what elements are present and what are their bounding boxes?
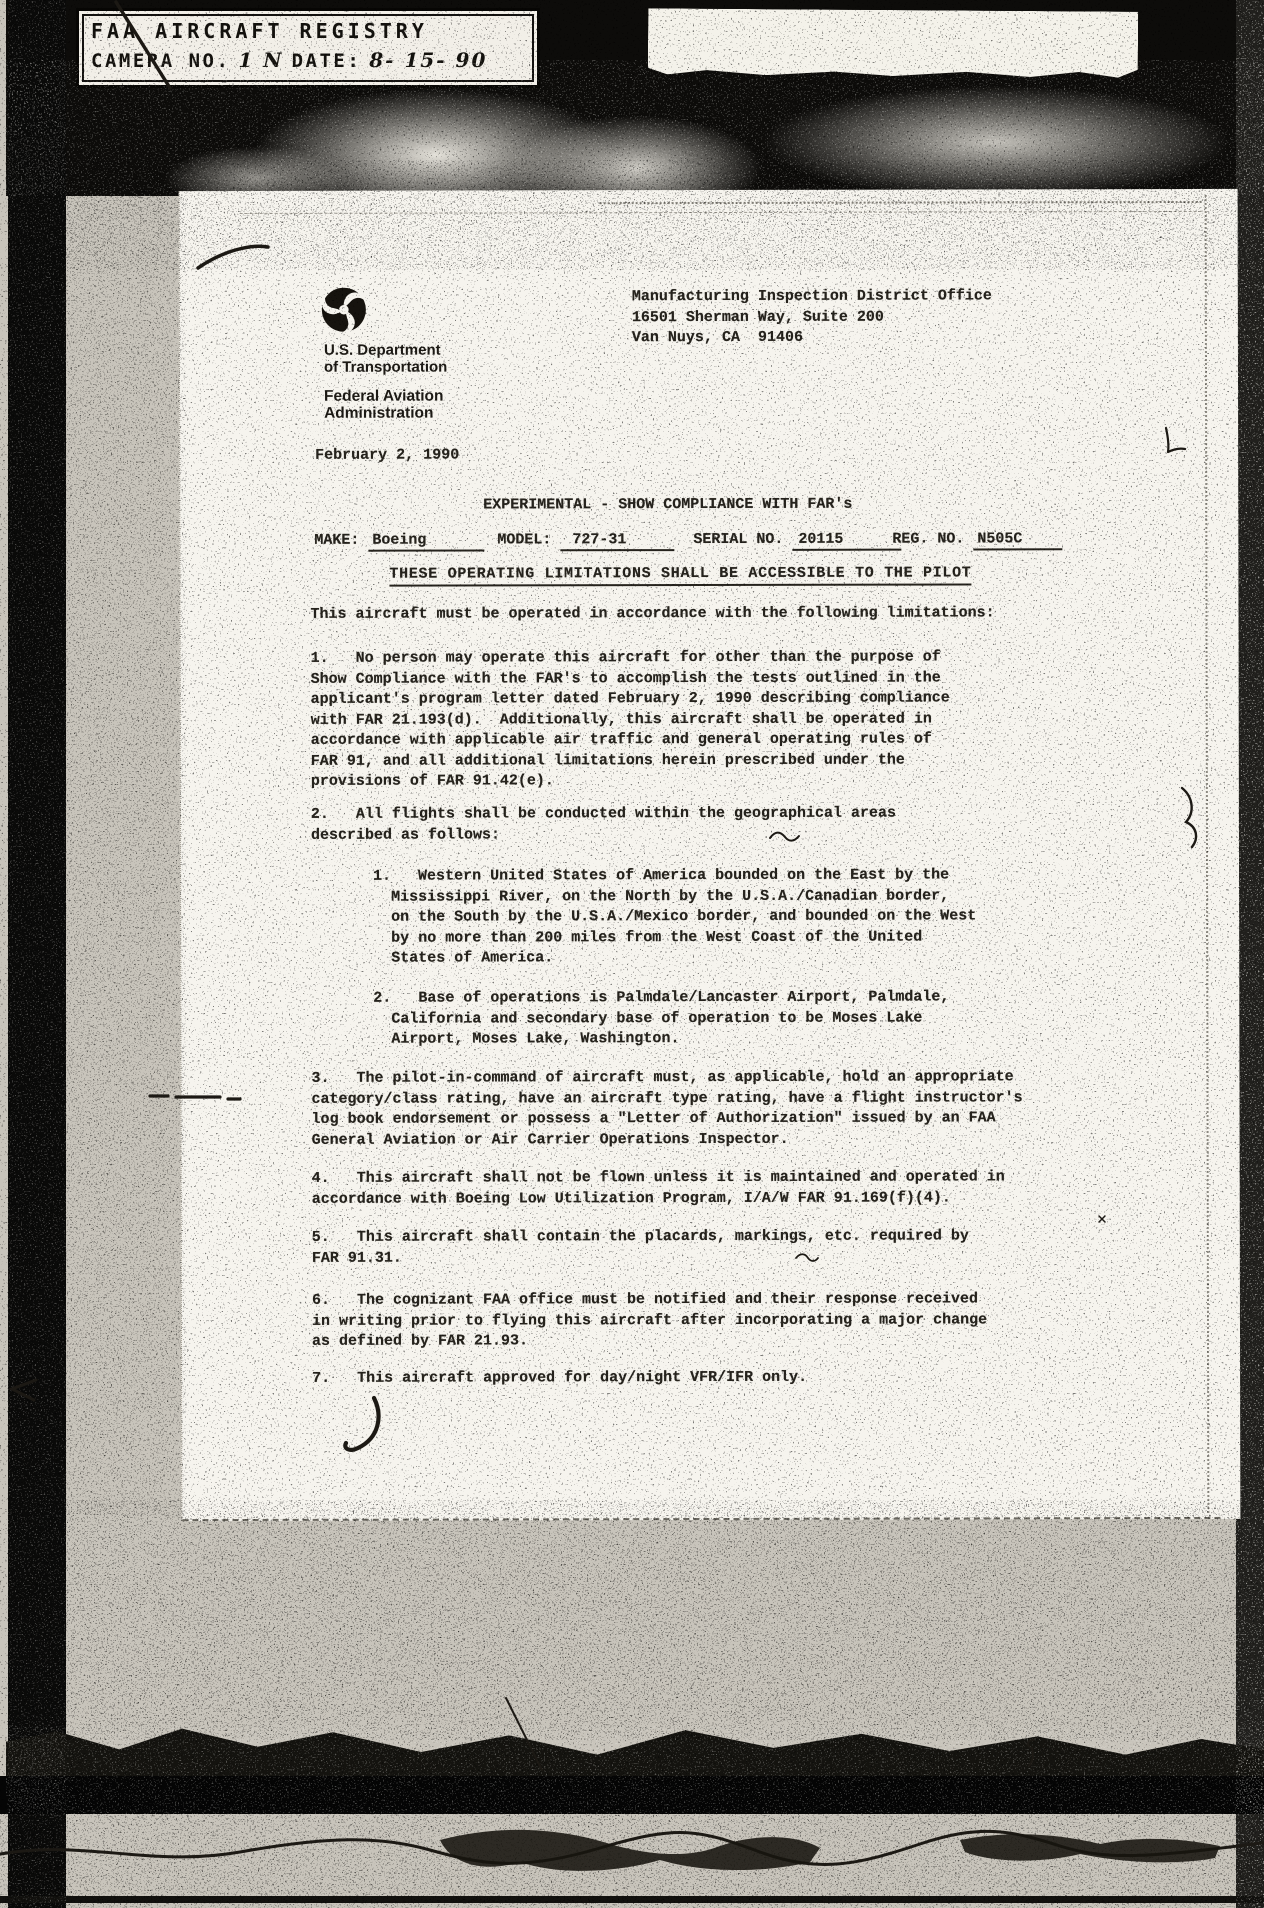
paragraph-2: 2. All flights shall be conducted within… [311, 804, 896, 846]
scanned-document-page: FAA AIRCRAFT REGISTRY CAMERA NO. 1 N DAT… [0, 0, 1264, 1908]
district-office-address: Manufacturing Inspection District Office… [632, 286, 992, 348]
letter-date: February 2, 1990 [315, 446, 459, 467]
sheet-right-edge-dotted [1205, 195, 1210, 1513]
bottom-edge-line [0, 1896, 1264, 1903]
grunge-blob-1 [440, 1830, 820, 1871]
date-value: 8- 15- 90 [361, 48, 495, 72]
dept-of-transportation-label: U.S. Department of Transportation [324, 343, 447, 376]
make-field: MAKE: Boeing [314, 530, 484, 551]
right-dark-band [1236, 0, 1264, 1908]
serial-label: SERIAL NO. [693, 531, 783, 548]
model-label: MODEL: [497, 531, 551, 548]
model-value: 727-31 [560, 531, 674, 551]
serial-value: 20115 [792, 531, 901, 551]
dot-logo [321, 287, 367, 333]
sheet-bottom-edge-dashed [182, 1517, 1220, 1521]
bottom-mottled-band [6, 1726, 1264, 1778]
sheet-top-dotted-rule [600, 201, 1202, 204]
reg-field: REG. NO. N505C [892, 529, 1062, 550]
serial-field: SERIAL NO. 20115 [693, 530, 901, 551]
bottom-black-band [0, 1776, 1264, 1814]
geo-subparagraph-1: 1. Western United States of America boun… [373, 865, 976, 969]
federal-aviation-administration-label: Federal Aviation Administration [324, 388, 444, 422]
sheet-top-dashed-rule [240, 211, 1202, 214]
faa-registry-stamp-box: FAA AIRCRAFT REGISTRY CAMERA NO. 1 N DAT… [76, 8, 540, 88]
operating-limitations-heading: THESE OPERATING LIMITATIONS SHALL BE ACC… [389, 563, 971, 585]
stamp-title: FAA AIRCRAFT REGISTRY [91, 19, 428, 43]
date-label: DATE: [292, 49, 362, 73]
grunge-blob-2 [960, 1834, 1220, 1862]
letter-sheet: U.S. Department of Transportation Federa… [179, 189, 1241, 1521]
camera-no-label: CAMERA NO. [91, 49, 230, 73]
stamp-camera-date-line: CAMERA NO. 1 N DATE: 8- 15- 90 [91, 48, 495, 73]
make-value: Boeing [368, 531, 484, 551]
paragraph-3: 3. The pilot-in-command of aircraft must… [311, 1067, 1022, 1150]
model-field: MODEL: 727-31 [497, 530, 674, 551]
reg-value: N505C [973, 530, 1062, 550]
camera-no-value: 1 N [230, 48, 291, 72]
letter-title: EXPERIMENTAL - SHOW COMPLIANCE WITH FAR'… [483, 495, 852, 516]
grunge-squiggle-line [0, 1831, 1264, 1864]
paragraph-7: 7. This aircraft approved for day/night … [312, 1368, 807, 1390]
paragraph-4: 4. This aircraft shall not be flown unle… [312, 1167, 1005, 1209]
blank-label-box [648, 8, 1138, 77]
make-label: MAKE: [314, 532, 359, 549]
left-black-band [8, 0, 66, 1908]
reg-label: REG. NO. [892, 530, 964, 547]
intro-line: This aircraft must be operated in accord… [310, 603, 994, 625]
paragraph-6: 6. The cognizant FAA office must be noti… [312, 1289, 987, 1352]
geo-subparagraph-2: 2. Base of operations is Palmdale/Lancas… [373, 987, 949, 1050]
paragraph-1: 1. No person may operate this aircraft f… [311, 647, 950, 792]
paragraph-5: 5. This aircraft shall contain the placa… [312, 1226, 969, 1268]
